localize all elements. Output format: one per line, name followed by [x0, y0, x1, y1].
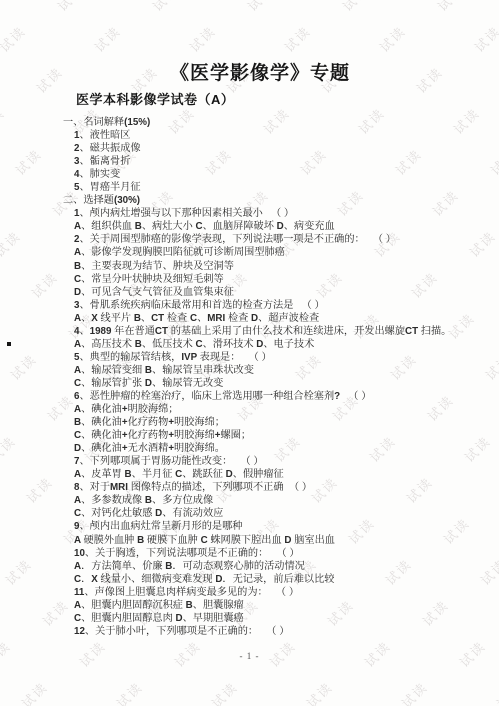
- exam-line: C、常呈分叶状肿块及细短毛刺等: [63, 273, 488, 286]
- exam-line: 1、颅内病灶增强与以下那种因素相关最小 （ ）: [63, 207, 488, 220]
- exam-line: 3、骺离骨折: [63, 155, 488, 168]
- watermark-text: 试读: [375, 21, 410, 56]
- exam-line: 12、关于肺小叶，下列哪项是不正确的： （ ）: [63, 625, 488, 638]
- exam-line: 5、典型的输尿管结核，IVP 表现是： （ ）: [63, 351, 488, 364]
- exam-line: A、皮革胃 B、半月征 C、跳跃征 D、假肿瘤征: [63, 468, 488, 481]
- exam-line: A、胆囊内胆固醇沉积症 B、胆囊腺瘤: [63, 599, 488, 612]
- watermark-text: 试读: [0, 308, 3, 343]
- watermark-text: 试读: [22, 472, 57, 507]
- exam-line: B、碘化油+化疗药物+明胶海绵；: [63, 416, 488, 429]
- exam-line: C、对钙化灶敏感 D、有流动效应: [63, 507, 488, 520]
- section-heading: 一、名词解释(15%): [63, 116, 488, 129]
- exam-line: A、影像学发现胸膜凹陷征就可诊断周围型肺癌: [63, 246, 488, 259]
- exam-line: 8、对于MRI 图像特点的描述，下列哪项不正确 （ ）: [63, 481, 488, 494]
- exam-line: 6、恶性肿瘤的栓塞治疗，临床上常选用哪一种组合栓塞剂? （ ）: [63, 390, 488, 403]
- watermark-text: 试读: [11, 144, 46, 179]
- watermark-text: 试读: [397, 677, 432, 706]
- exam-line: 11、声像图上胆囊息肉样病变最多见的为： （ ）: [63, 586, 488, 599]
- exam-line: 2、磁共振成像: [63, 142, 488, 155]
- exam-line: A 硬膜外血肿 B 硬膜下血肿 C 蛛网膜下腔出血 D 脑室出血: [63, 534, 488, 547]
- watermark-text: 试读: [302, 677, 337, 706]
- exam-line: 2、关于周围型肺癌的影像学表现，下列说法哪一项是不正确的： （ ）: [63, 233, 488, 246]
- exam-paper-page: 试读试读试读试读试读试读试读试读试读试读试读试读试读试读试读试读试读试读试读试读…: [0, 0, 499, 706]
- exam-line: 7、下列哪项属于胃肠功能性改变： （ ）: [63, 455, 488, 468]
- exam-line: A、多参数成像 B、多方位成像: [63, 494, 488, 507]
- watermark-text: 试读: [27, 267, 62, 302]
- exam-line: 4、肺实变: [63, 168, 488, 181]
- margin-bullet: [7, 342, 11, 346]
- watermark-text: 试读: [112, 677, 147, 706]
- exam-line: D、碘化油+无水酒精+明胶海绵。: [63, 442, 488, 455]
- exam-content: 一、名词解释(15%)1、液性暗区2、磁共振成像3、骺离骨折4、肺实变5、胃癌半…: [63, 116, 488, 638]
- watermark-text: 试读: [338, 0, 373, 15]
- exam-line: A、碘化油+明胶海绵；: [63, 403, 488, 416]
- watermark-text: 试读: [0, 103, 8, 138]
- exam-line: A、输尿管变细 B、输尿管呈串珠状改变: [63, 364, 488, 377]
- exam-line: 3、骨肌系统疾病临床最常用和首选的检查方法是 （ ）: [63, 299, 488, 312]
- watermark-text: 试读: [280, 21, 315, 56]
- exam-line: 1、液性暗区: [63, 129, 488, 142]
- watermark-text: 试读: [243, 0, 278, 15]
- exam-line: 4、1989 年在普通CT 的基础上采用了由什么技术和连续进床，开发出螺旋CT …: [63, 325, 488, 338]
- watermark-text: 试读: [1, 554, 36, 589]
- exam-line: A、组织供血 B、病灶大小 C、血脑屏障破坏 D、病变充血: [63, 220, 488, 233]
- exam-line: C、碘化油+化疗药物+明胶海绵+螺圈；: [63, 429, 488, 442]
- watermark-text: 试读: [17, 677, 52, 706]
- paper-subtitle: 医学本科影像学试卷（A）: [76, 89, 234, 108]
- exam-line: A、高压技术 B、低压技术 C、滑环技术 D、电子技术: [63, 338, 488, 351]
- exam-line: A、X 线平片 B、CT 检查 C、MRI 检查 D、超声波检查: [63, 312, 488, 325]
- exam-line: 5、胃癌半月征: [63, 181, 488, 194]
- exam-line: B、主要表现为结节、肿块及空洞等: [63, 260, 488, 273]
- watermark-text: 试读: [433, 0, 468, 15]
- exam-line: 10、关于胸透，下列说法哪项是不正确的： （ ）: [63, 547, 488, 560]
- exam-line: D、可见含气支气管征及血管集束征: [63, 286, 488, 299]
- page-number: - 1 -: [0, 651, 499, 661]
- watermark-text: 试读: [185, 21, 220, 56]
- watermark-text: 试读: [207, 677, 242, 706]
- watermark-text: 试读: [0, 431, 19, 466]
- exam-line: C．X 线量小、细微病变难发现 D．无记录，前后难以比较: [63, 573, 488, 586]
- watermark-text: 试读: [148, 0, 183, 15]
- exam-line: C、胆囊内胆固醇息肉 D、早期胆囊癌: [63, 612, 488, 625]
- page-title: 《医学影像学》专题: [60, 58, 460, 85]
- exam-line: A．方法简单、价廉 B．可动态观察心肺的活动情况: [63, 560, 488, 573]
- watermark-text: 试读: [0, 226, 24, 261]
- watermark-text: 试读: [53, 0, 88, 15]
- watermark-text: 试读: [90, 21, 125, 56]
- exam-line: 9、颅内出血病灶常呈新月形的是哪种: [63, 520, 488, 533]
- exam-line: C、输尿管扩张 D、输尿管无改变: [63, 377, 488, 390]
- section-heading: 二、选择题(30%): [63, 194, 488, 207]
- watermark-text: 试读: [470, 21, 499, 56]
- watermark-text: 试读: [0, 21, 29, 56]
- watermark-text: 试读: [492, 677, 499, 706]
- watermark-text: 试读: [6, 349, 41, 384]
